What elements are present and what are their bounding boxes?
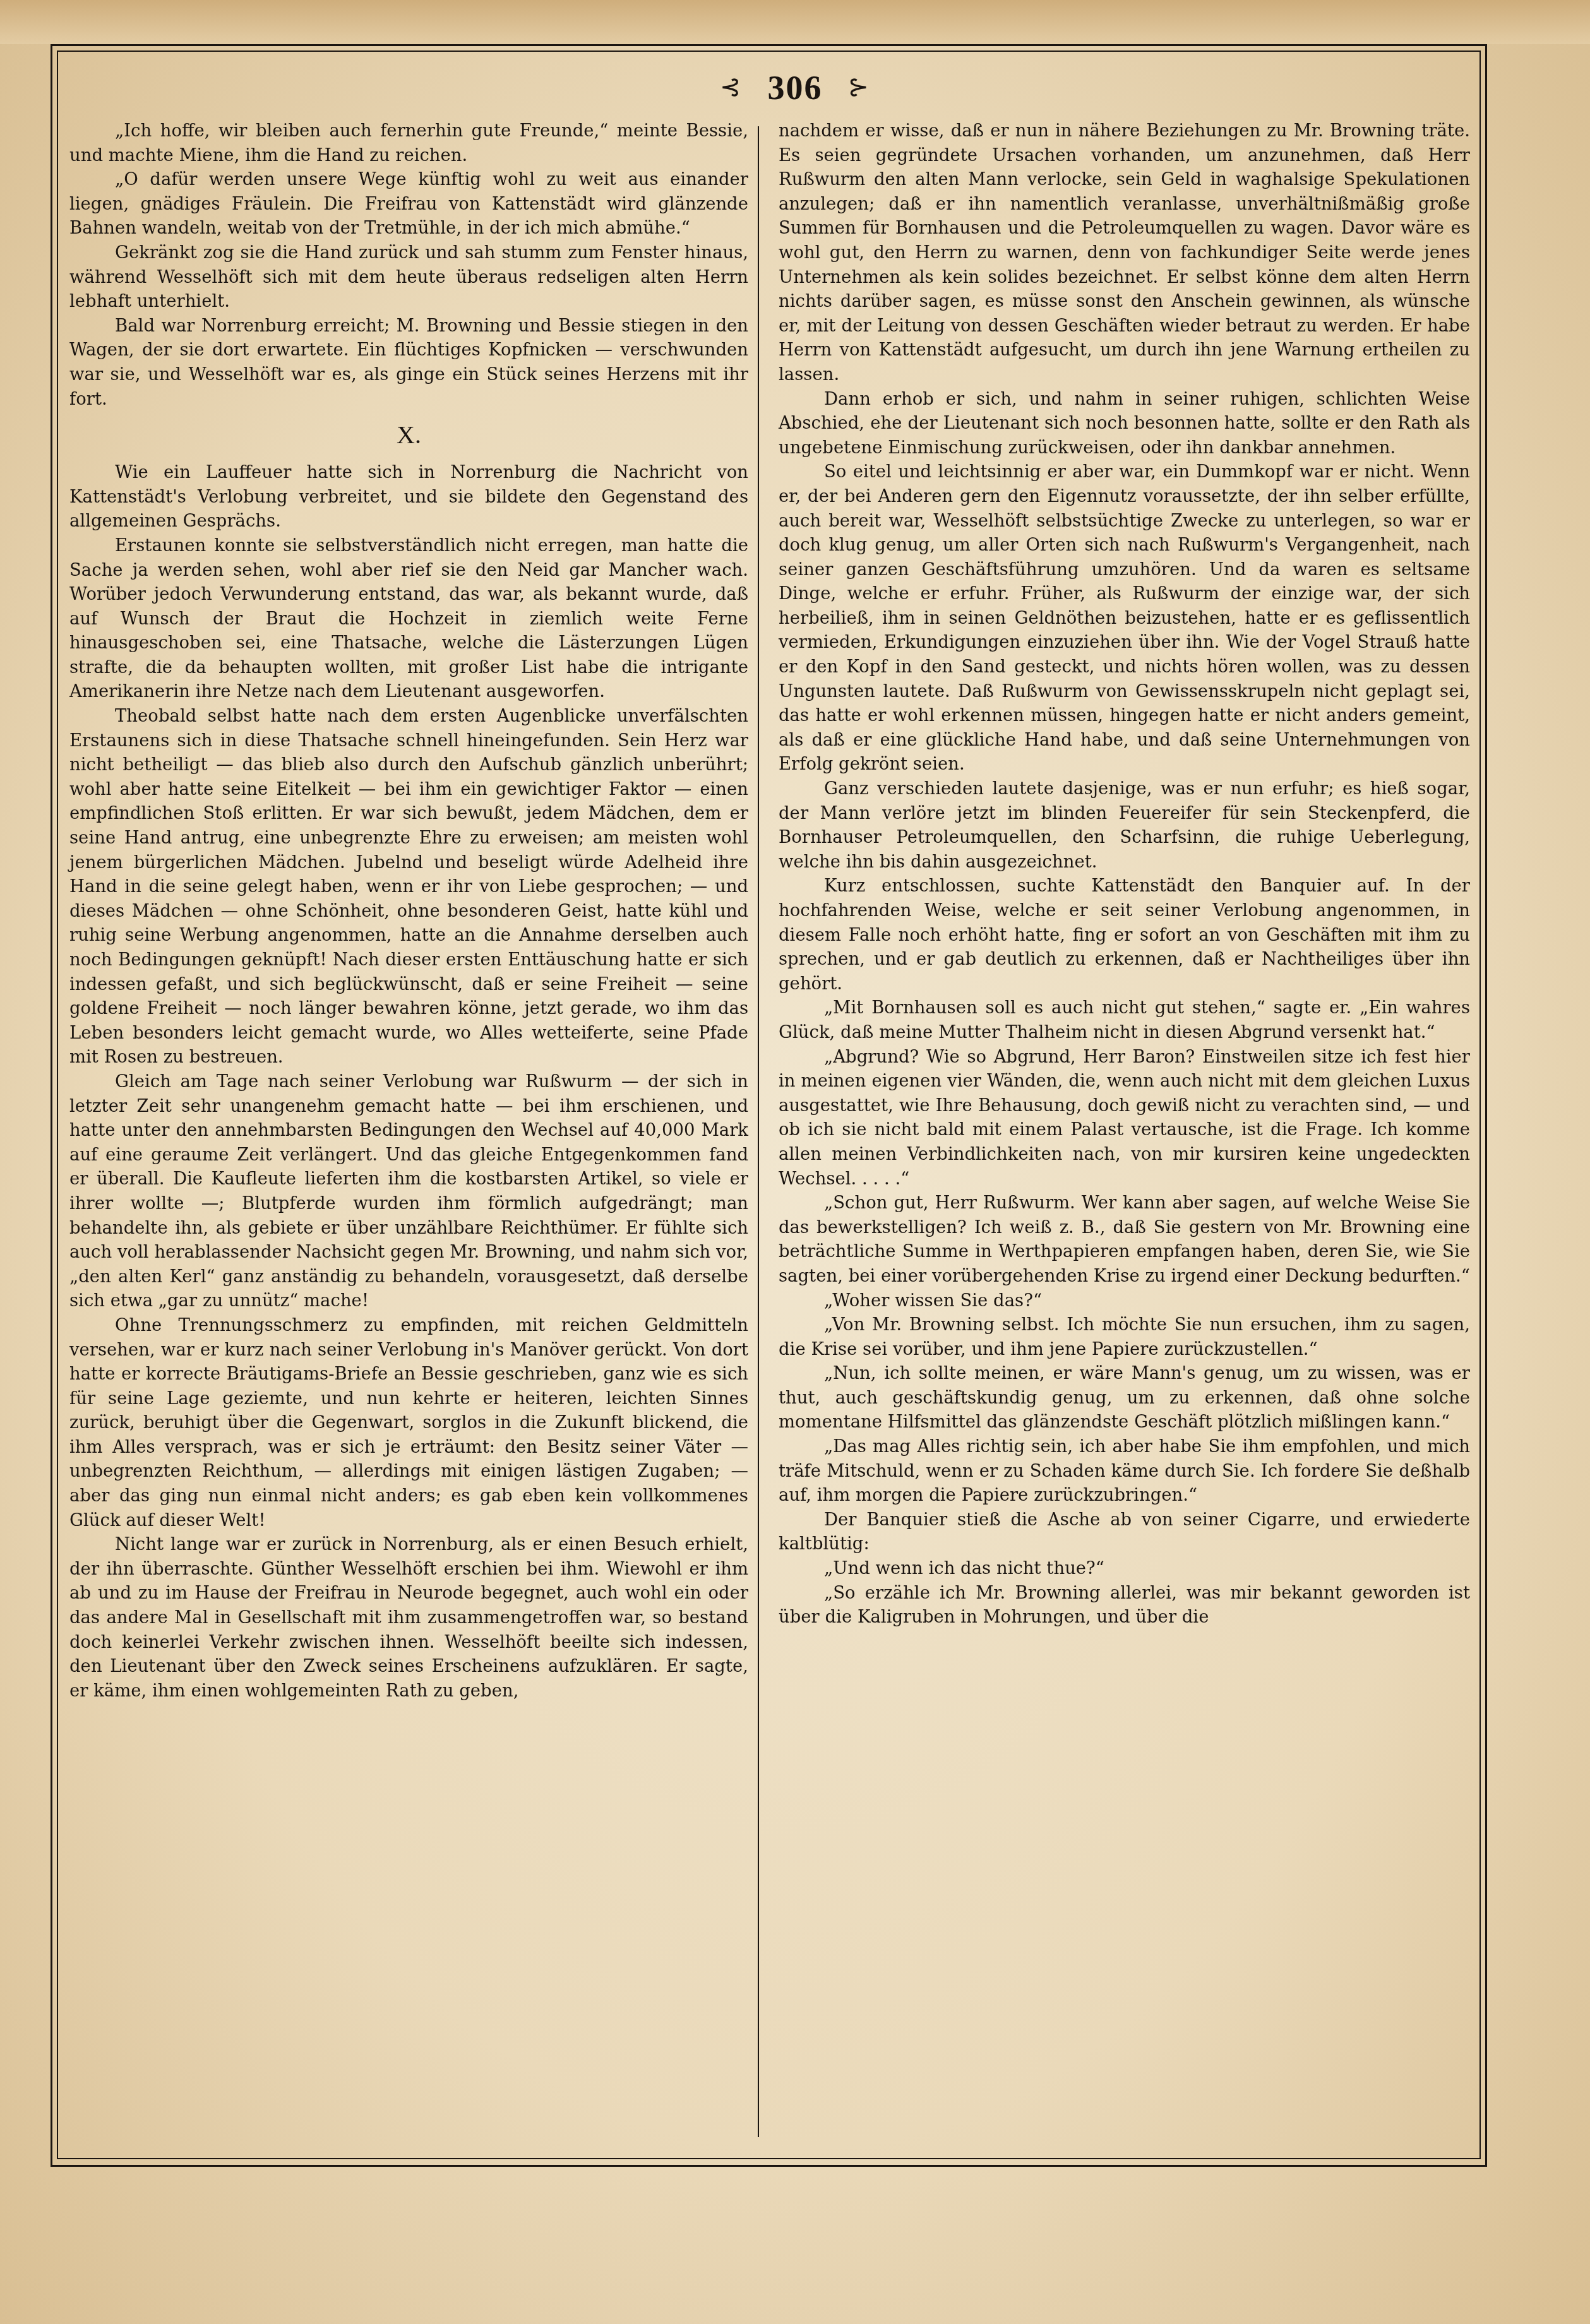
paragraph: „So erzähle ich Mr. Browning allerlei, w… (779, 1581, 1470, 1630)
page-number: 306 (768, 69, 823, 107)
page-top-edge (0, 0, 1590, 44)
paragraph: „Ich hoffe, wir bleiben auch fernerhin g… (69, 119, 748, 167)
paragraph: Bald war Norrenburg erreicht; M. Brownin… (69, 314, 748, 411)
paragraph: Ganz verschieden lautete dasjenige, was … (779, 777, 1470, 874)
paragraph: Kurz entschlossen, suchte Kattenstädt de… (779, 874, 1470, 996)
column-divider (758, 126, 759, 2137)
paragraph: Nicht lange war er zurück in Norrenburg,… (69, 1532, 748, 1703)
chapter-heading: X. (69, 416, 748, 454)
paragraph-continuation: nachdem er wisse, daß er nun in nähere B… (779, 119, 1470, 387)
paragraph: Wie ein Lauffeuer hatte sich in Norrenbu… (69, 460, 748, 533)
ornament-left-icon: ⊰ (720, 73, 743, 101)
ornament-right-icon: ⊱ (848, 73, 871, 101)
paragraph: „Abgrund? Wie so Abgrund, Herr Baron? Ei… (779, 1045, 1470, 1191)
paragraph: „O dafür werden unsere Wege künftig wohl… (69, 167, 748, 241)
paragraph: So eitel und leichtsinnig er aber war, e… (779, 460, 1470, 777)
paragraph: Theobald selbst hatte nach dem ersten Au… (69, 704, 748, 1070)
page-header: ⊰306⊱ (0, 68, 1590, 107)
paragraph: „Das mag Alles richtig sein, ich aber ha… (779, 1434, 1470, 1508)
paragraph: Gekränkt zog sie die Hand zurück und sah… (69, 241, 748, 314)
paragraph: „Schon gut, Herr Rußwurm. Wer kann aber … (779, 1191, 1470, 1288)
paragraph: Ohne Trennungsschmerz zu empfinden, mit … (69, 1313, 748, 1532)
paragraph: Gleich am Tage nach seiner Verlobung war… (69, 1070, 748, 1313)
paragraph: Der Banquier stieß die Asche ab von sein… (779, 1508, 1470, 1556)
paragraph: „Mit Bornhausen soll es auch nicht gut s… (779, 996, 1470, 1044)
paragraph: „Woher wissen Sie das?“ (779, 1289, 1470, 1313)
paragraph: Erstaunen konnte sie selbstverständlich … (69, 533, 748, 704)
paragraph: „Nun, ich sollte meinen, er wäre Mann's … (779, 1361, 1470, 1434)
paragraph: Dann erhob er sich, und nahm in seiner r… (779, 387, 1470, 460)
left-column: „Ich hoffe, wir bleiben auch fernerhin g… (69, 119, 748, 1703)
paragraph: „Von Mr. Browning selbst. Ich möchte Sie… (779, 1313, 1470, 1361)
paragraph: „Und wenn ich das nicht thue?“ (779, 1556, 1470, 1581)
right-column: nachdem er wisse, daß er nun in nähere B… (779, 119, 1470, 1630)
